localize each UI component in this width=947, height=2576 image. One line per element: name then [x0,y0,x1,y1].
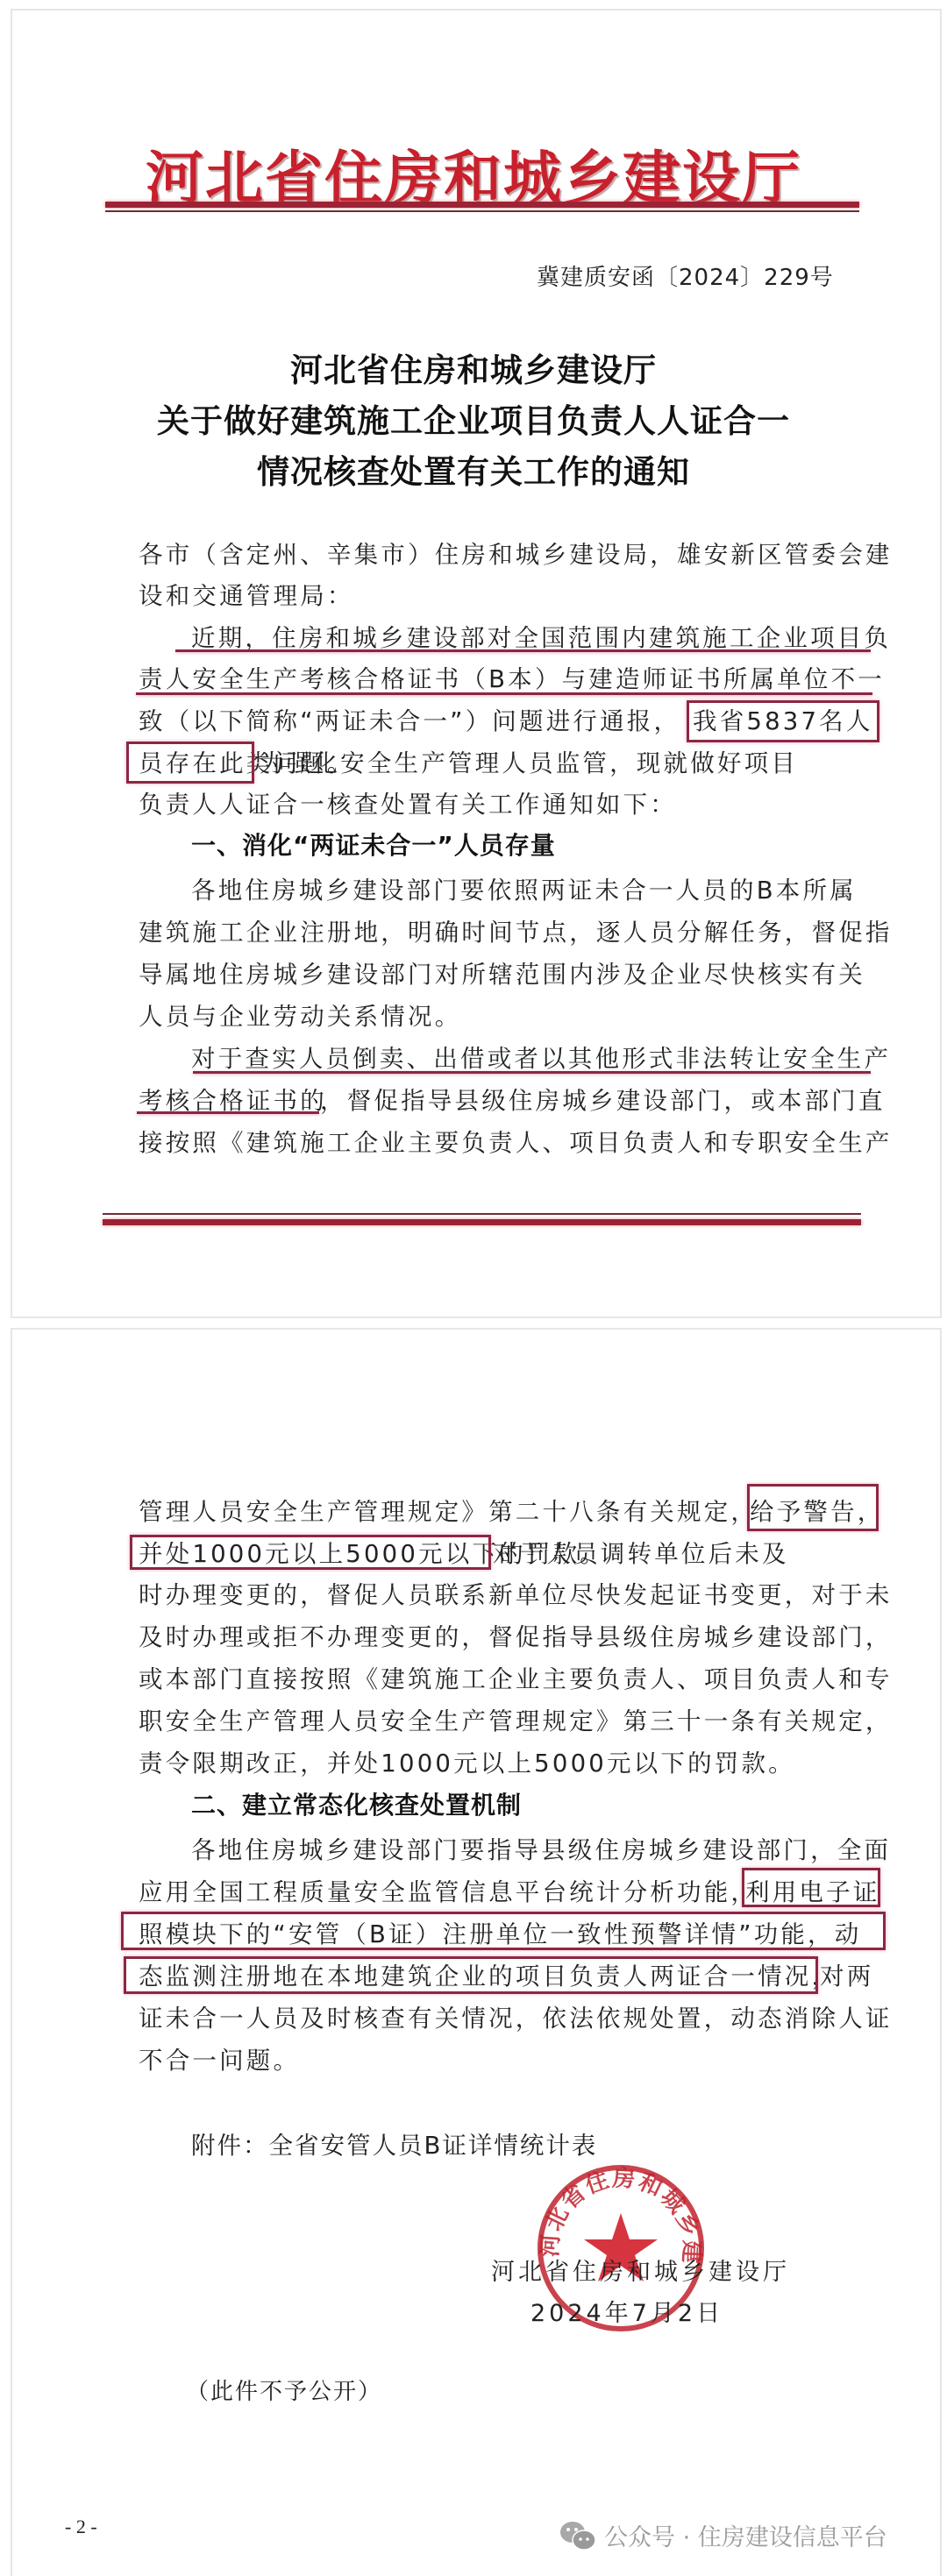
red-box-annotation [130,1535,491,1570]
notice-title-line-3: 情况核查处置有关工作的通知 [0,445,947,493]
letterhead-rule-thick [105,202,859,208]
para1-line-2: 责人安全生产考核合格证书（B本）与建造师证书所属单位不一 [139,659,885,694]
para1-line-4b: 为强化安全生产管理人员监管，现就做好项目 [260,743,798,778]
para1-line-5: 负责人人证合一核查处置有关工作通知如下： [139,784,677,820]
s1p2-line-1: 对于查实人员倒卖、出借或者以其他形式非法转让安全生产 [191,1039,891,1074]
section-2-heading: 二、建立常态化核查处置机制 [191,1786,522,1821]
red-underline-annotation [137,1111,319,1114]
red-box-annotation [687,700,879,742]
s2-line-5: 证未合一人员及时核查有关情况，依法依规处置，动态消除人证 [139,1998,893,2033]
red-box-annotation [126,742,254,784]
s1p1-line-2: 建筑施工企业注册地，明确时间节点，逐人员分解任务，督促指 [139,912,893,947]
watermark-text: 公众号 · 住房建设信息平台 [604,2518,887,2552]
p2-line-1a: 管理人员安全生产管理规定》第二十八条有关规定， [139,1492,758,1527]
red-box-annotation [747,1484,879,1531]
signature-date: 2024年7月2日 [530,2294,723,2328]
red-underline-annotation [136,692,872,695]
confidential-note: （此件不予公开） [186,2374,382,2406]
addressee-line-2: 设和交通管理局： [139,576,354,611]
notice-title-line-2: 关于做好建筑施工企业项目负责人人证合一 [0,394,947,442]
notice-title-line-1: 河北省住房和城乡建设厅 [0,344,947,391]
red-underline-annotation [193,1071,871,1074]
p2-line-5: 或本部门直接按照《建筑施工企业主要负责人、项目负责人和专 [139,1659,893,1694]
wechat-icon [559,2520,597,2551]
s1p2-line-2a: 考核合格证书的 [139,1081,327,1116]
s2-line-6: 不合一问题。 [139,2040,300,2076]
s1p1-line-4: 人员与企业劳动关系情况。 [139,997,461,1032]
red-box-annotation [121,1912,886,1950]
para1-line-3: 致（以下简称“两证未合一”）问题进行通报， [139,701,680,736]
p2-line-6: 职安全生产管理人员安全生产管理规定》第三十一条有关规定， [139,1701,893,1736]
addressee-line-1: 各市（含定州、辛集市）住房和城乡建设局，雄安新区管委会建 [139,535,893,570]
letterhead-rule-thin [105,210,859,212]
red-box-annotation [742,1868,880,1907]
s2-line-4b: 对两 [820,1956,873,1991]
section-1-heading: 一、消化“两证未合一”人员存量 [191,827,556,862]
p2-line-2b: 对于人员调转单位后未及 [493,1534,789,1569]
p2-line-4: 及时办理或拒不办理变更的，督促指导县级住房城乡建设部门， [139,1617,893,1652]
s1p1-line-1: 各地住房城乡建设部门要依照两证未合一人员的B本所属 [191,870,857,905]
s1p2-line-2b: ，督促指导县级住房城乡建设部门，或本部门直 [320,1081,886,1116]
s2-line-1: 各地住房城乡建设部门要指导县级住房城乡建设部门，全面 [191,1830,891,1865]
footer-rule-thin [103,1213,861,1215]
red-underline-annotation [175,649,871,652]
p2-line-3: 时办理变更的，督促人员联系新单位尽快发起证书变更，对于未 [139,1575,893,1610]
attachment-line: 附件：全省安管人员B证详情统计表 [191,2125,597,2161]
s1p2-line-3: 接按照《建筑施工企业主要负责人、项目负责人和专职安全生产 [139,1123,893,1158]
page-number: - 2 - [65,2516,97,2538]
s1p1-line-3: 导属地住房城乡建设部门对所辖范围内涉及企业尽快核实有关 [139,954,865,990]
signature-organization: 河北省住房和城乡建设厅 [491,2253,790,2287]
document-number: 冀建质安函〔2024〕229号 [537,259,834,292]
footer-rule-thick [103,1219,861,1225]
source-watermark: 公众号 · 住房建设信息平台 [559,2518,887,2552]
p2-line-7: 责令限期改正，并处1000元以上5000元以下的罚款。 [139,1743,795,1778]
s2-line-2a: 应用全国工程质量安全监管信息平台统计分析功能， [139,1872,758,1907]
para1-line-1: 近期，住房和城乡建设部对全国范围内建筑施工企业项目负 [191,618,891,653]
red-box-annotation [124,1956,818,1994]
